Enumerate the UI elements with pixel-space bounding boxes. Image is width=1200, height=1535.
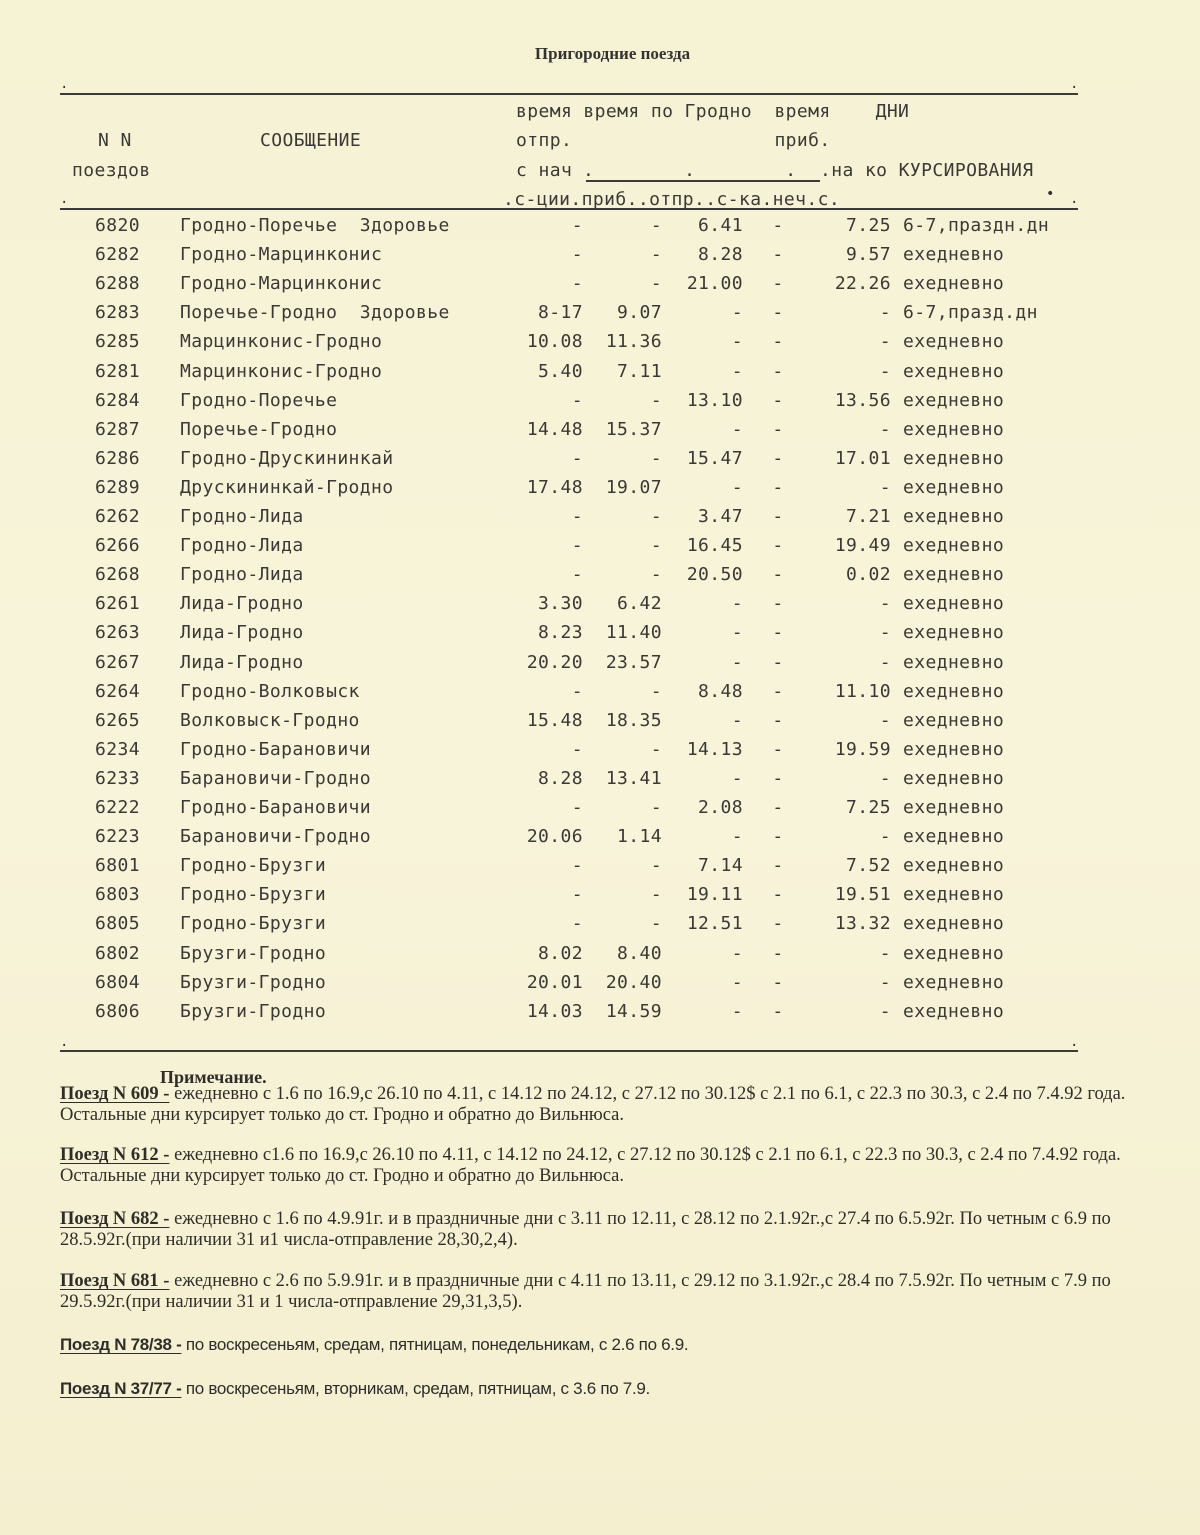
arrival-end-station: 0.02 [800, 564, 891, 585]
running-days: ехедневно [903, 535, 1103, 556]
station-time: - [766, 884, 790, 905]
station-time: - [766, 913, 790, 934]
train-number: 6802 [60, 943, 140, 964]
page-title: Пригородние поезда [0, 44, 1200, 64]
running-days: ехедневно [903, 739, 1103, 760]
route-name: Лида-Гродно [180, 652, 520, 673]
note-label: Поезд N 681 - [60, 1271, 169, 1291]
table-row: 6261Лида-Гродно3.306.42---ехедневно [0, 593, 1200, 622]
arrival-grodno: 23.57 [590, 652, 662, 673]
arrival-end-station: - [800, 361, 891, 382]
route-name: Марцинконис-Гродно [180, 361, 520, 382]
departure-start-station: - [505, 564, 583, 585]
arrival-end-station: 9.57 [800, 244, 891, 265]
arrival-end-station: 7.21 [800, 506, 891, 527]
station-time: - [766, 622, 790, 643]
train-number: 6261 [60, 593, 140, 614]
arrival-grodno: - [590, 884, 662, 905]
table-bottom-rule [60, 1050, 1078, 1052]
station-time: - [766, 215, 790, 236]
station-time: - [766, 1001, 790, 1022]
table-row: 6266Гродно-Лида--16.45-19.49ехедневно [0, 535, 1200, 564]
arrival-grodno: 1.14 [590, 826, 662, 847]
departure-start-station: - [505, 681, 583, 702]
note-text: ежедневно с 1.6 по 4.9.91г. и в празднич… [60, 1209, 1111, 1250]
running-days: ехедневно [903, 448, 1103, 469]
arrival-grodno: - [590, 913, 662, 934]
arrival-grodno: 14.59 [590, 1001, 662, 1022]
running-days: ехедневно [903, 972, 1103, 993]
departure-start-station: 5.40 [505, 361, 583, 382]
route-name: Гродно-Брузги [180, 884, 520, 905]
route-name: Гродно-Лида [180, 564, 520, 585]
train-number: 6283 [60, 302, 140, 323]
arrival-end-station: - [800, 652, 891, 673]
running-days: ехедневно [903, 273, 1103, 294]
arrival-end-station: - [800, 302, 891, 323]
departure-start-station: 17.48 [505, 477, 583, 498]
departure-grodno: 15.47 [670, 448, 743, 469]
running-days: ехедневно [903, 681, 1103, 702]
route-name: Поречье-Гродно Здоровье [180, 302, 520, 323]
running-days: ехедневно [903, 622, 1103, 643]
arrival-end-station: - [800, 622, 891, 643]
arrival-end-station: 7.52 [800, 855, 891, 876]
arrival-grodno: 18.35 [590, 710, 662, 731]
departure-grodno: - [670, 826, 743, 847]
route-name: Волковыск-Гродно [180, 710, 520, 731]
route-name: Поречье-Гродно [180, 419, 520, 440]
table-row: 6801Гродно-Брузги--7.14-7.52ехедневно [0, 855, 1200, 884]
running-days: ехедневно [903, 331, 1103, 352]
arrival-end-station: - [800, 710, 891, 731]
arrival-grodno: 19.07 [590, 477, 662, 498]
header-underline [586, 180, 820, 182]
note-681: Поезд N 681 - ежедневно с 2.6 по 5.9.91г… [60, 1271, 1175, 1313]
table-row: 6802Брузги-Гродно8.028.40---ехедневно [0, 943, 1200, 972]
arrival-end-station: - [800, 419, 891, 440]
header-num-line1: N N [98, 130, 132, 151]
table-top-rule [60, 93, 1078, 95]
departure-start-station: 20.01 [505, 972, 583, 993]
arrival-end-station: - [800, 331, 891, 352]
arrival-grodno: 13.41 [590, 768, 662, 789]
arrival-grodno: - [590, 215, 662, 236]
departure-start-station: 20.20 [505, 652, 583, 673]
station-time: - [766, 826, 790, 847]
station-time: - [766, 506, 790, 527]
note-text: ежедневно с 2.6 по 5.9.91г. и в празднич… [60, 1271, 1111, 1312]
departure-start-station: - [505, 913, 583, 934]
departure-grodno: - [670, 302, 743, 323]
route-name: Брузги-Гродно [180, 943, 520, 964]
arrival-grodno: 9.07 [590, 302, 662, 323]
arrival-grodno: 20.40 [590, 972, 662, 993]
departure-grodno: - [670, 768, 743, 789]
note-37-77: Поезд N 37/77 - по воскресеньям, вторник… [60, 1378, 1175, 1400]
note-label: Поезд N 78/38 - [60, 1335, 181, 1354]
route-name: Друскининкай-Гродно [180, 477, 520, 498]
departure-grodno: 20.50 [670, 564, 743, 585]
note-label: Поезд N 682 - [60, 1209, 169, 1229]
note-text: ежедневно с 1.6 по 16.9,с 26.10 по 4.11,… [60, 1084, 1125, 1125]
rule-dot: . [1070, 76, 1078, 92]
note-682: Поезд N 682 - ежедневно с 1.6 по 4.9.91г… [60, 1209, 1175, 1251]
station-time: - [766, 855, 790, 876]
table-row: 6265Волковыск-Гродно15.4818.35---ехеднев… [0, 710, 1200, 739]
route-name: Марцинконис-Гродно [180, 331, 520, 352]
arrival-grodno: 8.40 [590, 943, 662, 964]
departure-start-station: 15.48 [505, 710, 583, 731]
route-name: Гродно-Лида [180, 535, 520, 556]
departure-grodno: - [670, 972, 743, 993]
station-time: - [766, 302, 790, 323]
table-row: 6223Барановичи-Гродно20.061.14---ехеднев… [0, 826, 1200, 855]
note-text: ежедневно с1.6 по 16.9,с 26.10 по 4.11, … [60, 1145, 1121, 1186]
departure-start-station: 8.28 [505, 768, 583, 789]
train-number: 6804 [60, 972, 140, 993]
route-name: Брузги-Гродно [180, 972, 520, 993]
train-number: 6284 [60, 390, 140, 411]
arrival-end-station: - [800, 1001, 891, 1022]
table-row: 6289Друскининкай-Гродно17.4819.07---ехед… [0, 477, 1200, 506]
train-number: 6264 [60, 681, 140, 702]
arrival-end-station: - [800, 768, 891, 789]
running-days: ехедневно [903, 913, 1103, 934]
departure-grodno: - [670, 361, 743, 382]
route-name: Гродно-Барановичи [180, 797, 520, 818]
arrival-grodno: 11.40 [590, 622, 662, 643]
departure-start-station: 8.23 [505, 622, 583, 643]
station-time: - [766, 273, 790, 294]
departure-grodno: - [670, 943, 743, 964]
running-days: ехедневно [903, 419, 1103, 440]
scanned-page: Пригородние поезда . . N N поездов СООБЩ… [0, 0, 1200, 1535]
departure-start-station: 14.03 [505, 1001, 583, 1022]
arrival-end-station: 19.59 [800, 739, 891, 760]
station-time: - [766, 390, 790, 411]
route-name: Гродно-Брузги [180, 855, 520, 876]
departure-grodno: 8.28 [670, 244, 743, 265]
train-number: 6267 [60, 652, 140, 673]
header-bottom-rule [60, 208, 1078, 210]
running-days: ехедневно [903, 477, 1103, 498]
departure-start-station: 8-17 [505, 302, 583, 323]
train-number: 6222 [60, 797, 140, 818]
rule-dot: • [1046, 186, 1054, 202]
departure-start-station: 3.30 [505, 593, 583, 614]
route-name: Гродно-Волковыск [180, 681, 520, 702]
arrival-end-station: 7.25 [800, 215, 891, 236]
departure-grodno: - [670, 331, 743, 352]
running-days: ехедневно [903, 390, 1103, 411]
arrival-end-station: - [800, 477, 891, 498]
station-time: - [766, 477, 790, 498]
rule-dot: . [1070, 1034, 1078, 1050]
route-name: Гродно-Брузги [180, 913, 520, 934]
table-row: 6805Гродно-Брузги--12.51-13.32ехедневно [0, 913, 1200, 942]
table-row: 6222Гродно-Барановичи--2.08-7.25ехедневн… [0, 797, 1200, 826]
departure-start-station: - [505, 244, 583, 265]
route-name: Гродно-Друскининкай [180, 448, 520, 469]
arrival-grodno: 15.37 [590, 419, 662, 440]
departure-start-station: - [505, 797, 583, 818]
departure-start-station: - [505, 739, 583, 760]
arrival-grodno: 11.36 [590, 331, 662, 352]
train-number: 6265 [60, 710, 140, 731]
route-name: Лида-Гродно [180, 593, 520, 614]
table-row: 6803Гродно-Брузги--19.11-19.51ехедневно [0, 884, 1200, 913]
table-row: 6286Гродно-Друскининкай--15.47-17.01ехед… [0, 448, 1200, 477]
table-row: 6262Гродно-Лида--3.47-7.21ехедневно [0, 506, 1200, 535]
arrival-end-station: 13.32 [800, 913, 891, 934]
train-number: 6282 [60, 244, 140, 265]
table-row: 6288Гродно-Марцинконис--21.00-22.26ехедн… [0, 273, 1200, 302]
running-days: ехедневно [903, 564, 1103, 585]
departure-grodno: 16.45 [670, 535, 743, 556]
departure-start-station: - [505, 884, 583, 905]
arrival-end-station: 11.10 [800, 681, 891, 702]
arrival-grodno: - [590, 448, 662, 469]
arrival-end-station: 19.51 [800, 884, 891, 905]
train-number: 6268 [60, 564, 140, 585]
station-time: - [766, 681, 790, 702]
departure-grodno: 21.00 [670, 273, 743, 294]
header-route: СООБЩЕНИЕ [260, 130, 361, 151]
station-time: - [766, 361, 790, 382]
header-line3-mid: . . . [583, 160, 797, 181]
departure-start-station: - [505, 855, 583, 876]
train-number: 6806 [60, 1001, 140, 1022]
departure-start-station: 20.06 [505, 826, 583, 847]
departure-grodno: 12.51 [670, 913, 743, 934]
station-time: - [766, 972, 790, 993]
departure-grodno: 8.48 [670, 681, 743, 702]
table-row: 6806Брузги-Гродно14.0314.59---ехедневно [0, 1001, 1200, 1030]
note-label: Поезд N 609 - [60, 1084, 169, 1104]
note-609: Поезд N 609 - ежедневно с 1.6 по 16.9,с … [60, 1084, 1175, 1126]
table-row: 6281Марцинконис-Гродно5.407.11---ехеднев… [0, 361, 1200, 390]
route-name: Гродно-Поречье Здоровье [180, 215, 520, 236]
train-number: 6262 [60, 506, 140, 527]
header-line3-left: с нач [516, 160, 572, 181]
departure-start-station: 14.48 [505, 419, 583, 440]
running-days: ехедневно [903, 943, 1103, 964]
note-612: Поезд N 612 - ежедневно с1.6 по 16.9,с 2… [60, 1145, 1175, 1187]
table-row: 6804Брузги-Гродно20.0120.40---ехедневно [0, 972, 1200, 1001]
departure-start-station: - [505, 535, 583, 556]
table-row: 6263Лида-Гродно8.2311.40---ехедневно [0, 622, 1200, 651]
table-row: 6233Барановичи-Гродно8.2813.41---ехеднев… [0, 768, 1200, 797]
departure-grodno: - [670, 477, 743, 498]
train-number: 6289 [60, 477, 140, 498]
departure-start-station: - [505, 215, 583, 236]
station-time: - [766, 593, 790, 614]
header-num-line2: поездов [72, 160, 151, 181]
running-days: 6-7,праздн.дн [903, 215, 1103, 236]
departure-grodno: 6.41 [670, 215, 743, 236]
departure-grodno: 3.47 [670, 506, 743, 527]
arrival-grodno: 7.11 [590, 361, 662, 382]
station-time: - [766, 419, 790, 440]
arrival-end-station: - [800, 972, 891, 993]
table-row: 6284Гродно-Поречье--13.10-13.56ехедневно [0, 390, 1200, 419]
running-days: ехедневно [903, 506, 1103, 527]
arrival-end-station: 7.25 [800, 797, 891, 818]
departure-start-station: - [505, 273, 583, 294]
note-label: Поезд N 612 - [60, 1145, 169, 1165]
departure-grodno: - [670, 622, 743, 643]
departure-grodno: - [670, 1001, 743, 1022]
header-line4: .с-ции.приб..отпр..с-ка.неч.с. [503, 189, 840, 210]
train-number: 6288 [60, 273, 140, 294]
station-time: - [766, 797, 790, 818]
arrival-grodno: - [590, 564, 662, 585]
arrival-end-station: - [800, 826, 891, 847]
arrival-grodno: - [590, 390, 662, 411]
train-number: 6287 [60, 419, 140, 440]
rule-dot: . [1070, 191, 1078, 207]
route-name: Гродно-Поречье [180, 390, 520, 411]
arrival-end-station: - [800, 593, 891, 614]
arrival-grodno: - [590, 855, 662, 876]
train-number: 6805 [60, 913, 140, 934]
running-days: ехедневно [903, 593, 1103, 614]
train-number: 6281 [60, 361, 140, 382]
running-days: ехедневно [903, 855, 1103, 876]
departure-grodno: 19.11 [670, 884, 743, 905]
table-row: 6264Гродно-Волковыск--8.48-11.10ехедневн… [0, 681, 1200, 710]
train-number: 6234 [60, 739, 140, 760]
arrival-grodno: - [590, 535, 662, 556]
route-name: Гродно-Марцинконис [180, 244, 520, 265]
running-days: ехедневно [903, 244, 1103, 265]
running-days: ехедневно [903, 884, 1103, 905]
train-number: 6820 [60, 215, 140, 236]
departure-grodno: 14.13 [670, 739, 743, 760]
arrival-end-station: 19.49 [800, 535, 891, 556]
arrival-end-station: 22.26 [800, 273, 891, 294]
arrival-grodno: 6.42 [590, 593, 662, 614]
running-days: ехедневно [903, 710, 1103, 731]
arrival-end-station: - [800, 943, 891, 964]
note-text: по воскресеньям, средам, пятницам, понед… [181, 1335, 688, 1354]
table-row: 6268Гродно-Лида--20.50-0.02ехедневно [0, 564, 1200, 593]
rule-dot: . [60, 76, 68, 92]
table-row: 6287Поречье-Гродно14.4815.37---ехедневно [0, 419, 1200, 448]
route-name: Гродно-Барановичи [180, 739, 520, 760]
table-row: 6820Гродно-Поречье Здоровье--6.41-7.256-… [0, 215, 1200, 244]
note-78-38: Поезд N 78/38 - по воскресеньям, средам,… [60, 1334, 1175, 1356]
route-name: Барановичи-Гродно [180, 768, 520, 789]
station-time: - [766, 943, 790, 964]
station-time: - [766, 652, 790, 673]
arrival-grodno: - [590, 681, 662, 702]
departure-grodno: 7.14 [670, 855, 743, 876]
arrival-grodno: - [590, 506, 662, 527]
table-row: 6234Гродно-Барановичи--14.13-19.59ехедне… [0, 739, 1200, 768]
station-time: - [766, 535, 790, 556]
station-time: - [766, 331, 790, 352]
rule-dot: . [60, 1034, 68, 1050]
train-number: 6233 [60, 768, 140, 789]
train-number: 6266 [60, 535, 140, 556]
departure-grodno: 13.10 [670, 390, 743, 411]
station-time: - [766, 448, 790, 469]
departure-grodno: - [670, 652, 743, 673]
departure-start-station: - [505, 448, 583, 469]
route-name: Брузги-Гродно [180, 1001, 520, 1022]
arrival-grodno: - [590, 797, 662, 818]
departure-grodno: - [670, 593, 743, 614]
note-text: по воскресеньям, вторникам, средам, пятн… [181, 1379, 650, 1398]
train-number: 6286 [60, 448, 140, 469]
train-number: 6285 [60, 331, 140, 352]
running-days: ехедневно [903, 797, 1103, 818]
departure-grodno: 2.08 [670, 797, 743, 818]
header-line3-right: .на ко КУРСИРОВАНИЯ [820, 160, 1034, 181]
table-row: 6267Лида-Гродно20.2023.57---ехедневно [0, 652, 1200, 681]
arrival-end-station: 13.56 [800, 390, 891, 411]
departure-start-station: 8.02 [505, 943, 583, 964]
header-line2: отпр. приб. [516, 130, 831, 151]
running-days: ехедневно [903, 361, 1103, 382]
table-row: 6282Гродно-Марцинконис--8.28-9.57ехеднев… [0, 244, 1200, 273]
running-days: ехедневно [903, 652, 1103, 673]
station-time: - [766, 244, 790, 265]
route-name: Барановичи-Гродно [180, 826, 520, 847]
train-number: 6803 [60, 884, 140, 905]
station-time: - [766, 710, 790, 731]
departure-start-station: - [505, 390, 583, 411]
note-label: Поезд N 37/77 - [60, 1379, 181, 1398]
route-name: Лида-Гродно [180, 622, 520, 643]
departure-start-station: - [505, 506, 583, 527]
arrival-grodno: - [590, 244, 662, 265]
departure-grodno: - [670, 419, 743, 440]
station-time: - [766, 564, 790, 585]
train-number: 6223 [60, 826, 140, 847]
arrival-grodno: - [590, 739, 662, 760]
running-days: ехедневно [903, 826, 1103, 847]
departure-grodno: - [670, 710, 743, 731]
table-row: 6283Поречье-Гродно Здоровье8-179.07---6-… [0, 302, 1200, 331]
running-days: ехедневно [903, 768, 1103, 789]
train-number: 6801 [60, 855, 140, 876]
departure-start-station: 10.08 [505, 331, 583, 352]
station-time: - [766, 739, 790, 760]
train-number: 6263 [60, 622, 140, 643]
route-name: Гродно-Марцинконис [180, 273, 520, 294]
route-name: Гродно-Лида [180, 506, 520, 527]
arrival-end-station: 17.01 [800, 448, 891, 469]
station-time: - [766, 768, 790, 789]
running-days: 6-7,празд.дн [903, 302, 1103, 323]
table-row: 6285Марцинконис-Гродно10.0811.36---ехедн… [0, 331, 1200, 360]
rule-dot: . [60, 191, 68, 207]
arrival-grodno: - [590, 273, 662, 294]
running-days: ехедневно [903, 1001, 1103, 1022]
header-line1: время время по Гродно время ДНИ [516, 101, 909, 122]
